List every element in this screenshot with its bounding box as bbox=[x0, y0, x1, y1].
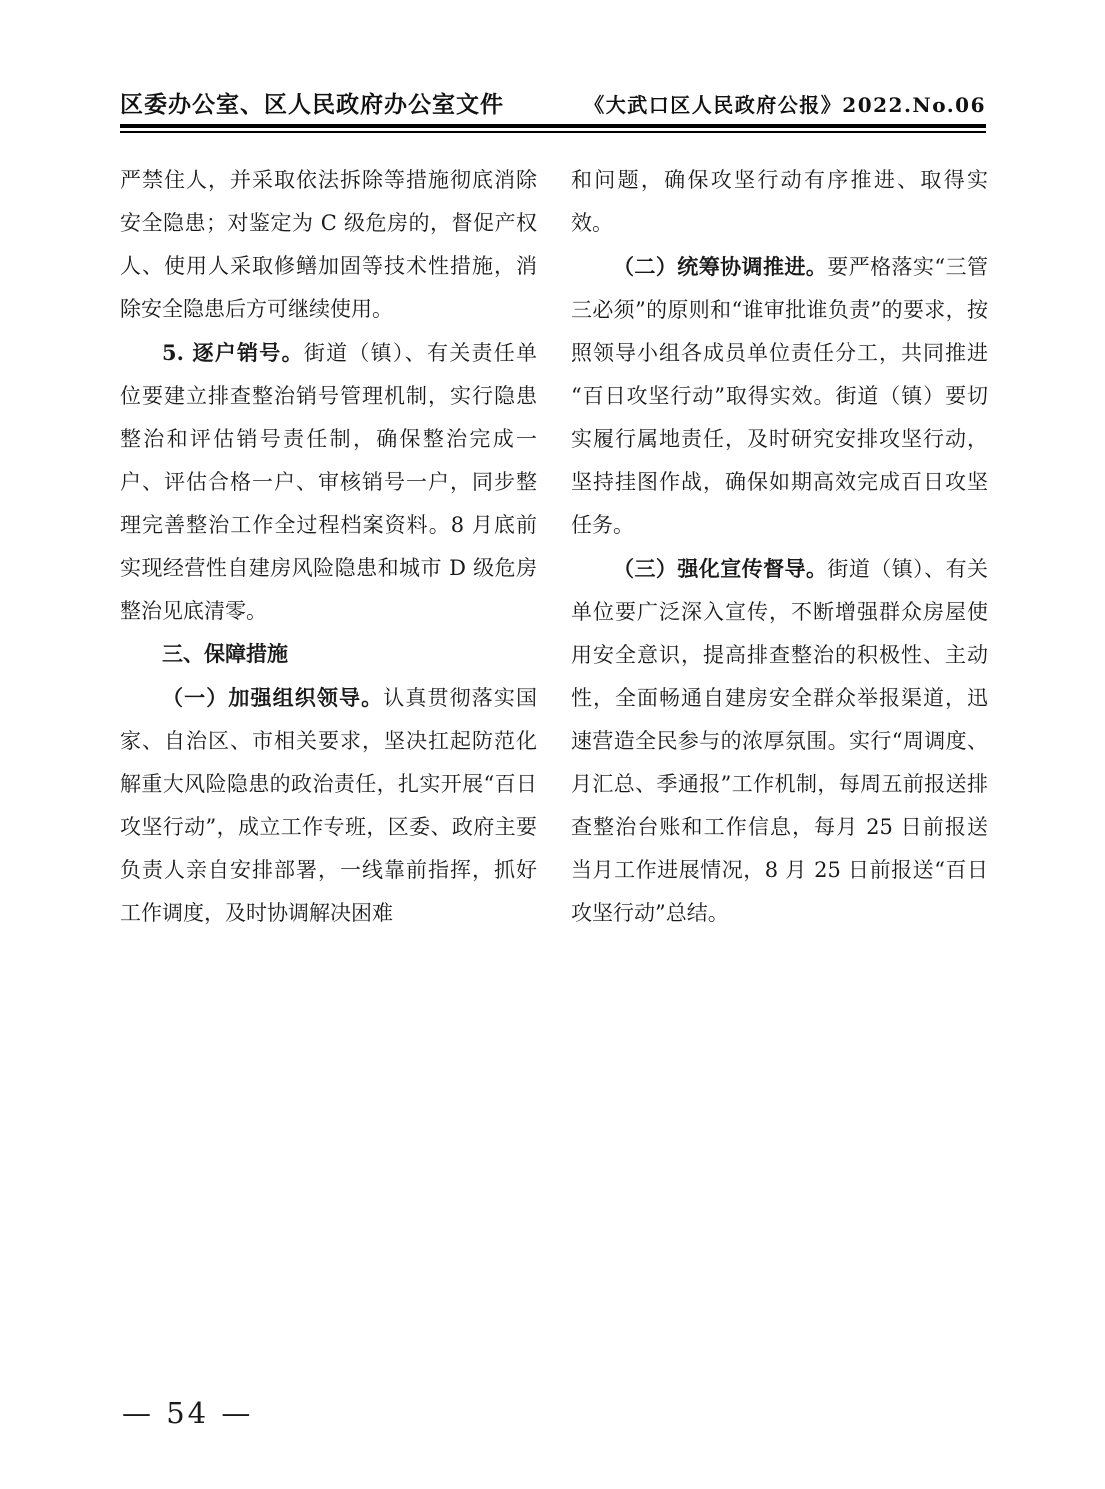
paragraph-text: 严禁住人，并采取依法拆除等措施彻底消除安全隐患；对鉴定为 C 级危房的，督促产权… bbox=[120, 168, 537, 321]
page-header: 区委办公室、区人民政府办公室文件 《大武口区人民政府公报》2022.No.06 bbox=[120, 86, 986, 119]
left-column: 严禁住人，并采取依法拆除等措施彻底消除安全隐患；对鉴定为 C 级危房的，督促产权… bbox=[120, 159, 537, 935]
paragraph-continuation: 和问题，确保攻坚行动有序推进、取得实效。 bbox=[571, 159, 988, 245]
paragraph-lead: 5. 逐户销号。 bbox=[162, 340, 304, 365]
header-document-source: 区委办公室、区人民政府办公室文件 bbox=[120, 86, 504, 119]
header-gazette-title: 《大武口区人民政府公报》2022.No.06 bbox=[584, 89, 986, 118]
paragraph-subsection-3: （三）强化宣传督导。街道（镇）、有关单位要广泛深入宣传，不断增强群众房屋使用安全… bbox=[571, 547, 988, 935]
header-rule-thick bbox=[120, 124, 986, 128]
paragraph-continuation: 严禁住人，并采取依法拆除等措施彻底消除安全隐患；对鉴定为 C 级危房的，督促产权… bbox=[120, 159, 537, 331]
right-column: 和问题，确保攻坚行动有序推进、取得实效。 （二）统筹协调推进。要严格落实“三管三… bbox=[571, 159, 988, 935]
paragraph-text: 认真贯彻落实国家、自治区、市相关要求，坚决扛起防范化解重大风险隐患的政治责任，扎… bbox=[120, 686, 537, 925]
paragraph-subsection-1: （一）加强组织领导。认真贯彻落实国家、自治区、市相关要求，坚决扛起防范化解重大风… bbox=[120, 676, 537, 935]
header-rule-thin bbox=[120, 131, 986, 133]
paragraph-lead: （二）统筹协调推进。 bbox=[613, 254, 827, 279]
paragraph-text: 街道（镇）、有关责任单位要建立排查整治销号管理机制，实行隐患整治和评估销号责任制… bbox=[120, 341, 537, 623]
paragraph-text: 街道（镇）、有关单位要广泛深入宣传，不断增强群众房屋使用安全意识，提高排查整治的… bbox=[571, 557, 988, 925]
section-heading: 三、保障措施 bbox=[120, 633, 537, 676]
paragraph-item-5: 5. 逐户销号。街道（镇）、有关责任单位要建立排查整治销号管理机制，实行隐患整治… bbox=[120, 331, 537, 633]
paragraph-lead: （一）加强组织领导。 bbox=[162, 685, 383, 710]
document-body: 严禁住人，并采取依法拆除等措施彻底消除安全隐患；对鉴定为 C 级危房的，督促产权… bbox=[120, 159, 988, 935]
paragraph-text: 要严格落实“三管三必须”的原则和“谁审批谁负责”的要求，按照领导小组各成员单位责… bbox=[571, 255, 988, 537]
page-number: — 54 — bbox=[122, 1396, 253, 1430]
page-footer: — 54 — bbox=[122, 1396, 253, 1430]
document-page: 区委办公室、区人民政府办公室文件 《大武口区人民政府公报》2022.No.06 … bbox=[0, 0, 1105, 1489]
paragraph-lead: （三）强化宣传督导。 bbox=[613, 556, 827, 581]
paragraph-subsection-2: （二）统筹协调推进。要严格落实“三管三必须”的原则和“谁审批谁负责”的要求，按照… bbox=[571, 245, 988, 547]
paragraph-text: 和问题，确保攻坚行动有序推进、取得实效。 bbox=[571, 168, 988, 235]
